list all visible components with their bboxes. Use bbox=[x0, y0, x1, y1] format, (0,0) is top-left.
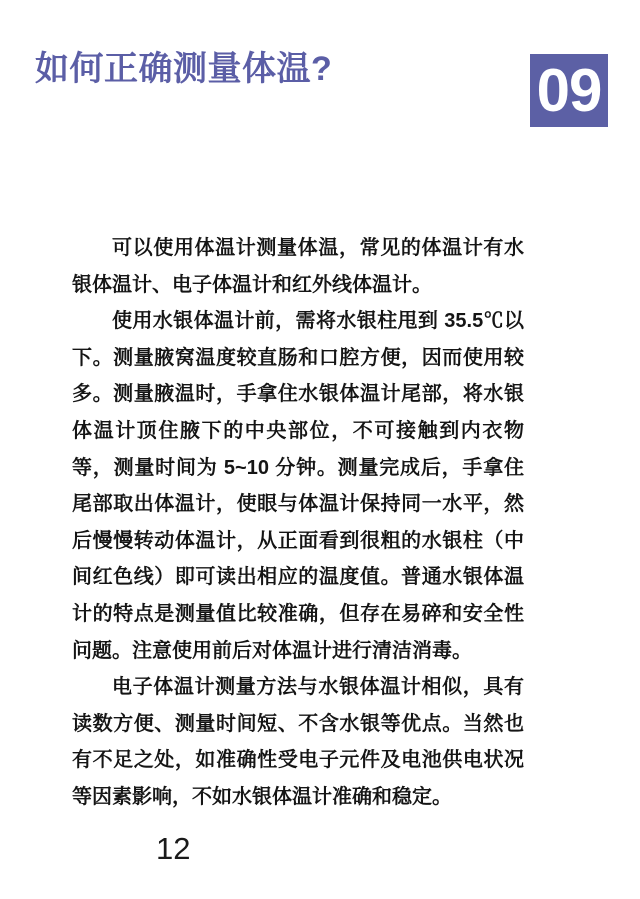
page-number: 12 bbox=[156, 831, 190, 867]
paragraph-2: 使用水银体温计前，需将水银柱甩到 35.5℃以下。测量腋窝温度较直肠和口腔方便，… bbox=[72, 303, 524, 669]
article-body: 可以使用体温计测量体温，常见的体温计有水银体温计、电子体温计和红外线体温计。 使… bbox=[72, 230, 524, 816]
paragraph-3: 电子体温计测量方法与水银体温计相似，具有读数方便、测量时间短、不含水银等优点。当… bbox=[72, 669, 524, 815]
document-page: 如何正确测量体温? 09 可以使用体温计测量体温，常见的体温计有水银体温计、电子… bbox=[0, 0, 640, 899]
paragraph-1: 可以使用体温计测量体温，常见的体温计有水银体温计、电子体温计和红外线体温计。 bbox=[72, 230, 524, 303]
page-title: 如何正确测量体温? bbox=[35, 49, 332, 89]
section-number-badge: 09 bbox=[530, 54, 608, 127]
section-number: 09 bbox=[537, 61, 602, 121]
